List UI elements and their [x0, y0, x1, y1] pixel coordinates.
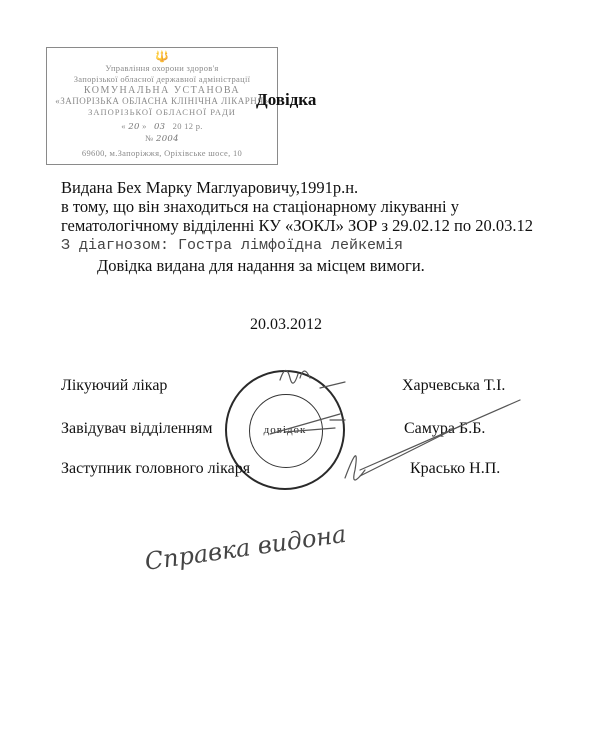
signature-scribbles [0, 0, 600, 730]
